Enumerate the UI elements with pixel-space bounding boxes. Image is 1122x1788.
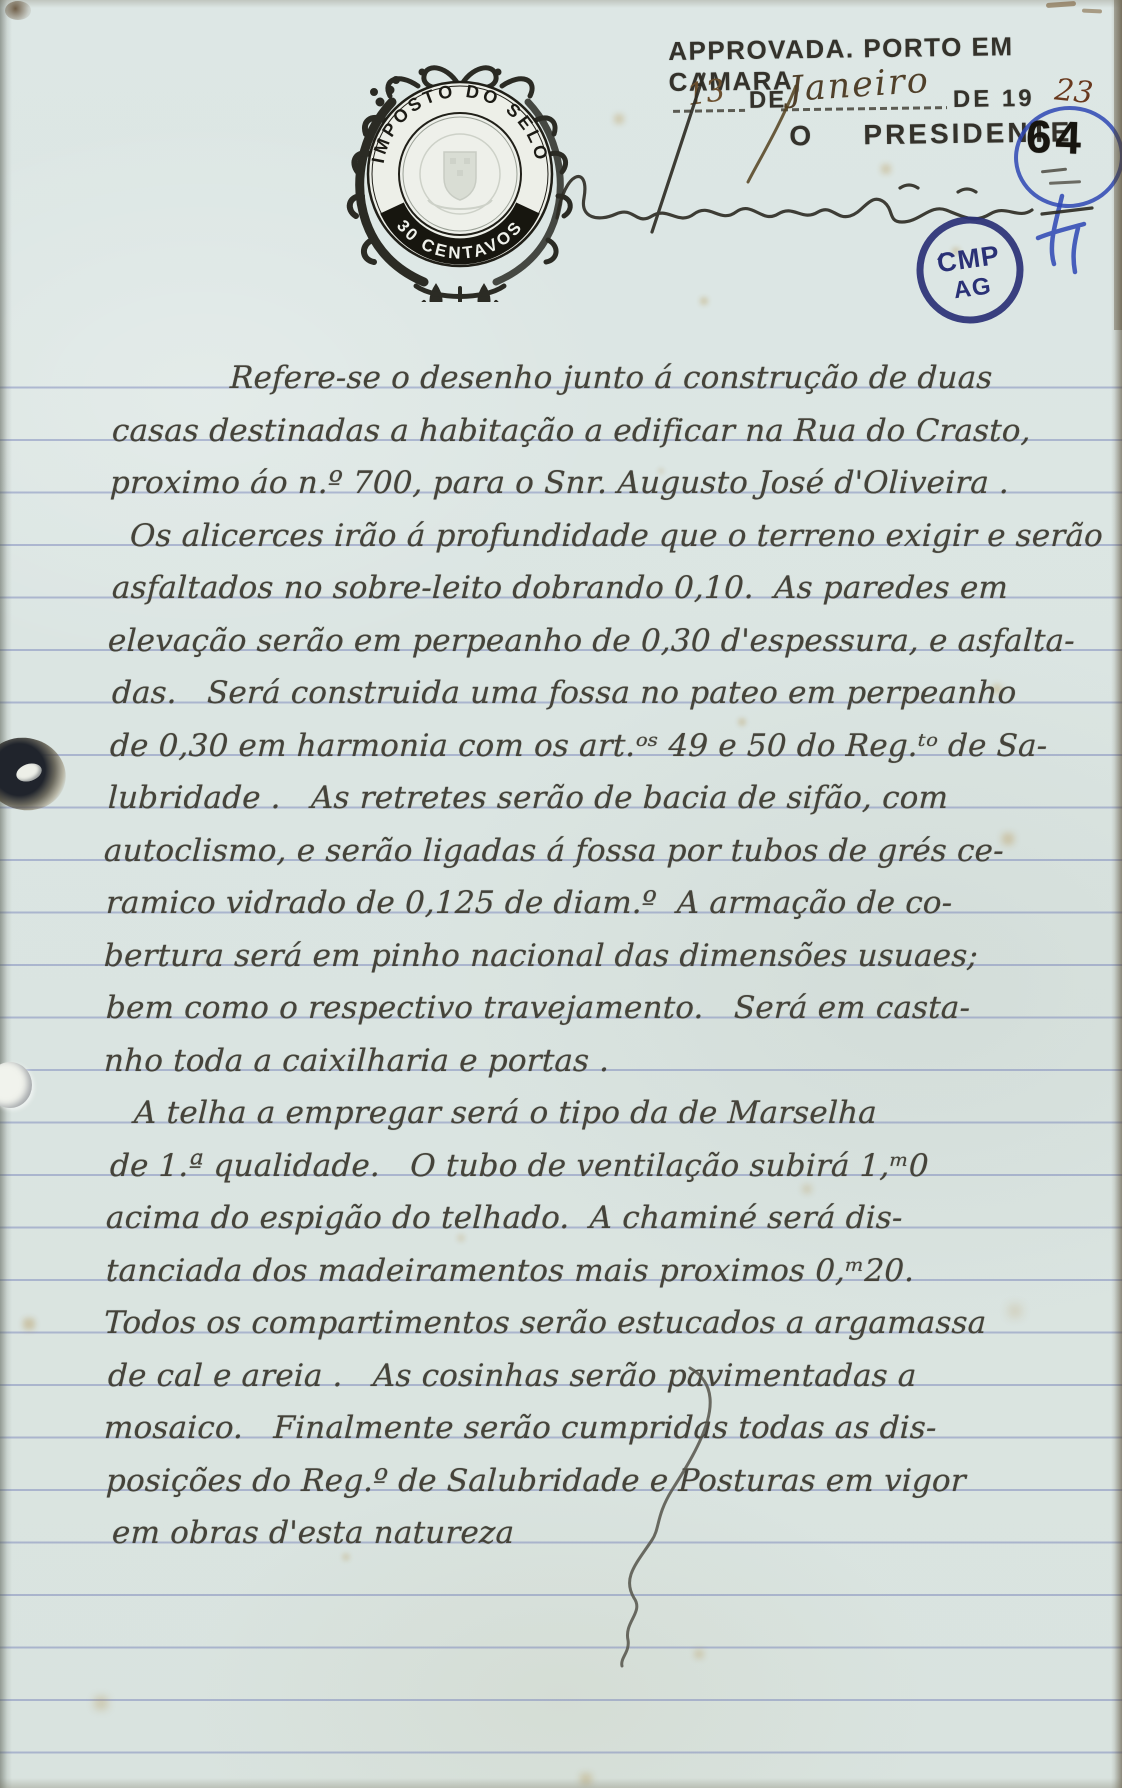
page-bottom-edge [0,1778,1122,1788]
manuscript-line: asfaltados no sobre-leito dobrando 0,10.… [111,570,1008,606]
manuscript-line: autoclismo, e serão ligadas á fossa por … [103,833,1004,869]
edge-smudge [1082,8,1102,13]
manuscript-line: acima do espigão do telhado. A chaminé s… [105,1200,903,1236]
manuscript-line: mosaico. Finalmente serão cumpridas toda… [103,1410,937,1446]
manuscript-line: de cal e areia . As cosinhas serão pavim… [107,1358,917,1394]
manuscript-line: elevação serão em perpeanho de 0,30 d'es… [107,623,1075,659]
manuscript-line: das. Será construida uma fossa no pateo … [111,675,1017,711]
manuscript-line: de 1.ª qualidade. O tubo de ventilação s… [109,1148,929,1184]
manuscript-line: proximo áo n.º 700, para o Snr. Augusto … [109,465,1009,501]
manuscript-line: ramico vidrado de 0,125 de diam.º A arma… [105,885,953,921]
manuscript-line: tanciada dos madeiramentos mais proximos… [105,1253,915,1289]
manuscript-line: em obras d'esta natureza [111,1515,514,1551]
month-descender-stroke [730,70,830,190]
page-top-edge [0,0,1122,8]
manuscript-line: Os alicerces irão á profundidade que o t… [129,518,1103,554]
manuscript-line: nho toda a caixilharia e portas . [103,1043,610,1079]
manuscript-line: lubridade . As retretes serão de bacia d… [107,780,948,816]
manuscript-line: posições do Reg.º de Salubridade e Postu… [105,1463,966,1499]
manuscript-line: bem como o respectivo travejamento. Será… [105,990,970,1026]
page-right-edge-dark [1114,0,1122,330]
manuscript-line: Refere-se o desenho junto á construção d… [229,360,993,396]
manuscript-line: A telha a empregar será o tipo da de Mar… [133,1095,877,1131]
manuscript-line: bertura será em pinho nacional das dimen… [103,938,978,974]
corner-stain [5,1,31,20]
archive-stamp-bottom: AG [952,272,993,304]
archive-stamp: CMP AG [904,204,1035,335]
manuscript-line: casas destinadas a habitação a edificar … [111,413,1031,449]
page-left-edge [0,0,12,1788]
manuscript-line: de 0,30 em harmonia com os art.ᵒˢ 49 e 5… [109,728,1048,764]
manuscript-page: IMPOSTO DO SELO 30 CENTAVOS APPROVADA. P… [0,0,1122,1788]
manuscript-line: Todos os compartimentos serão estucados … [103,1305,987,1341]
closing-flourish [560,1350,760,1680]
archive-stamp-top: CMP [935,240,1002,278]
binding-hole-light [0,1062,32,1108]
